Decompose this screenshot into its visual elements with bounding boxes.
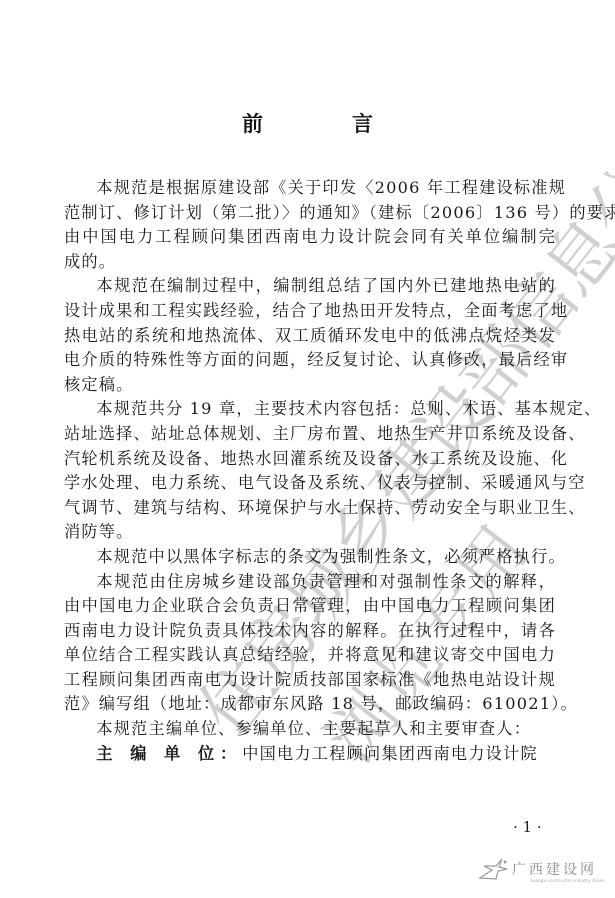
paragraph-1: 本规范是根据原建设部《关于印发〈2006 年工程建设标准规 范制订、修订计划（第…	[64, 176, 556, 274]
text-line: 站址选择、站址总体规划、主厂房布置、地热生产井口系统及设备、	[64, 422, 556, 447]
star-logo-icon	[478, 858, 508, 880]
text-line: 热电站的系统和地热流体、双工质循环发电中的低沸点烷烃类发	[64, 324, 556, 349]
text-line: 本规范由住房城乡建设部负责管理和对强制性条文的解释，	[64, 570, 556, 595]
page-number: · 1 ·	[513, 818, 542, 836]
text-line: 单位结合工程实践认真总结经验，并将意见和建议寄交中国电力	[64, 643, 556, 668]
text-line: 气调节、建筑与结构、环境保护与水土保持、劳动安全与职业卫生、	[64, 496, 556, 521]
paragraph-4: 本规范中以黑体字标志的条文为强制性条文，必须严格执行。	[64, 545, 556, 570]
text-line: 成的。	[64, 250, 556, 275]
text-line: 消防等。	[64, 520, 556, 545]
text-line: 本规范在编制过程中，编制组总结了国内外已建地热电站的	[64, 274, 556, 299]
text-line: 本规范主编单位、参编单位、主要起草人和主要审查人：	[64, 717, 556, 742]
chief-unit-line: 主 编 单 位：中国电力工程顾问集团西南电力设计院	[64, 742, 556, 767]
page-title: 前 言	[0, 108, 615, 138]
text-line: 学水处理、电力系统、电气设备及系统、仪表与控制、采暖通风与空	[64, 471, 556, 496]
chief-unit-value: 中国电力工程顾问集团西南电力设计院	[242, 744, 538, 763]
paragraph-3: 本规范共分 19 章，主要技术内容包括：总则、术语、基本规定、 站址选择、站址总…	[64, 397, 556, 545]
text-line: 由中国电力企业联合会负责日常管理，由中国电力工程顾问集团	[64, 594, 556, 619]
text-line: 由中国电力工程顾问集团西南电力设计院会同有关单位编制完	[64, 225, 556, 250]
paragraph-5: 本规范由住房城乡建设部负责管理和对强制性条文的解释， 由中国电力企业联合会负责日…	[64, 570, 556, 718]
paragraph-2: 本规范在编制过程中，编制组总结了国内外已建地热电站的 设计成果和工程实践经验，结…	[64, 274, 556, 397]
text-line: 本规范共分 19 章，主要技术内容包括：总则、术语、基本规定、	[64, 397, 556, 422]
text-line: 西南电力设计院负责具体技术内容的解释。在执行过程中，请各	[64, 619, 556, 644]
logo-subtitle: Guangxi construction industry Online	[530, 878, 605, 883]
text-line: 电介质的特殊性等方面的问题，经反复讨论、认真修改，最后经审	[64, 348, 556, 373]
text-line: 范制订、修订计划（第二批）〉的通知》（建标〔2006〕136 号）的要求，	[64, 201, 556, 226]
text-line: 本规范是根据原建设部《关于印发〈2006 年工程建设标准规	[64, 176, 556, 201]
text-line: 核定稿。	[64, 373, 556, 398]
paragraph-6: 本规范主编单位、参编单位、主要起草人和主要审查人：	[64, 717, 556, 742]
text-line: 范》编写组（地址：成都市东风路 18 号，邮政编码：610021）。	[64, 692, 556, 717]
chief-unit-label: 主 编 单 位：	[96, 744, 242, 763]
text-line: 设计成果和工程实践经验，结合了地热田开发特点，全面考虑了地	[64, 299, 556, 324]
text-line: 本规范中以黑体字标志的条文为强制性条文，必须严格执行。	[64, 545, 556, 570]
logo-text: 广西建设网	[512, 859, 597, 879]
preface-body: 本规范是根据原建设部《关于印发〈2006 年工程建设标准规 范制订、修订计划（第…	[64, 176, 556, 766]
text-line: 工程顾问集团西南电力设计院质技部国家标准《地热电站设计规	[64, 668, 556, 693]
site-logo: 广西建设网	[478, 858, 597, 880]
document-page: 住房城乡建设部信息公开 浏览专用 前 言 本规范是根据原建设部《关于印发〈200…	[0, 0, 615, 898]
text-line: 汽轮机系统及设备、地热水回灌系统及设备、水工系统及设施、化	[64, 447, 556, 472]
